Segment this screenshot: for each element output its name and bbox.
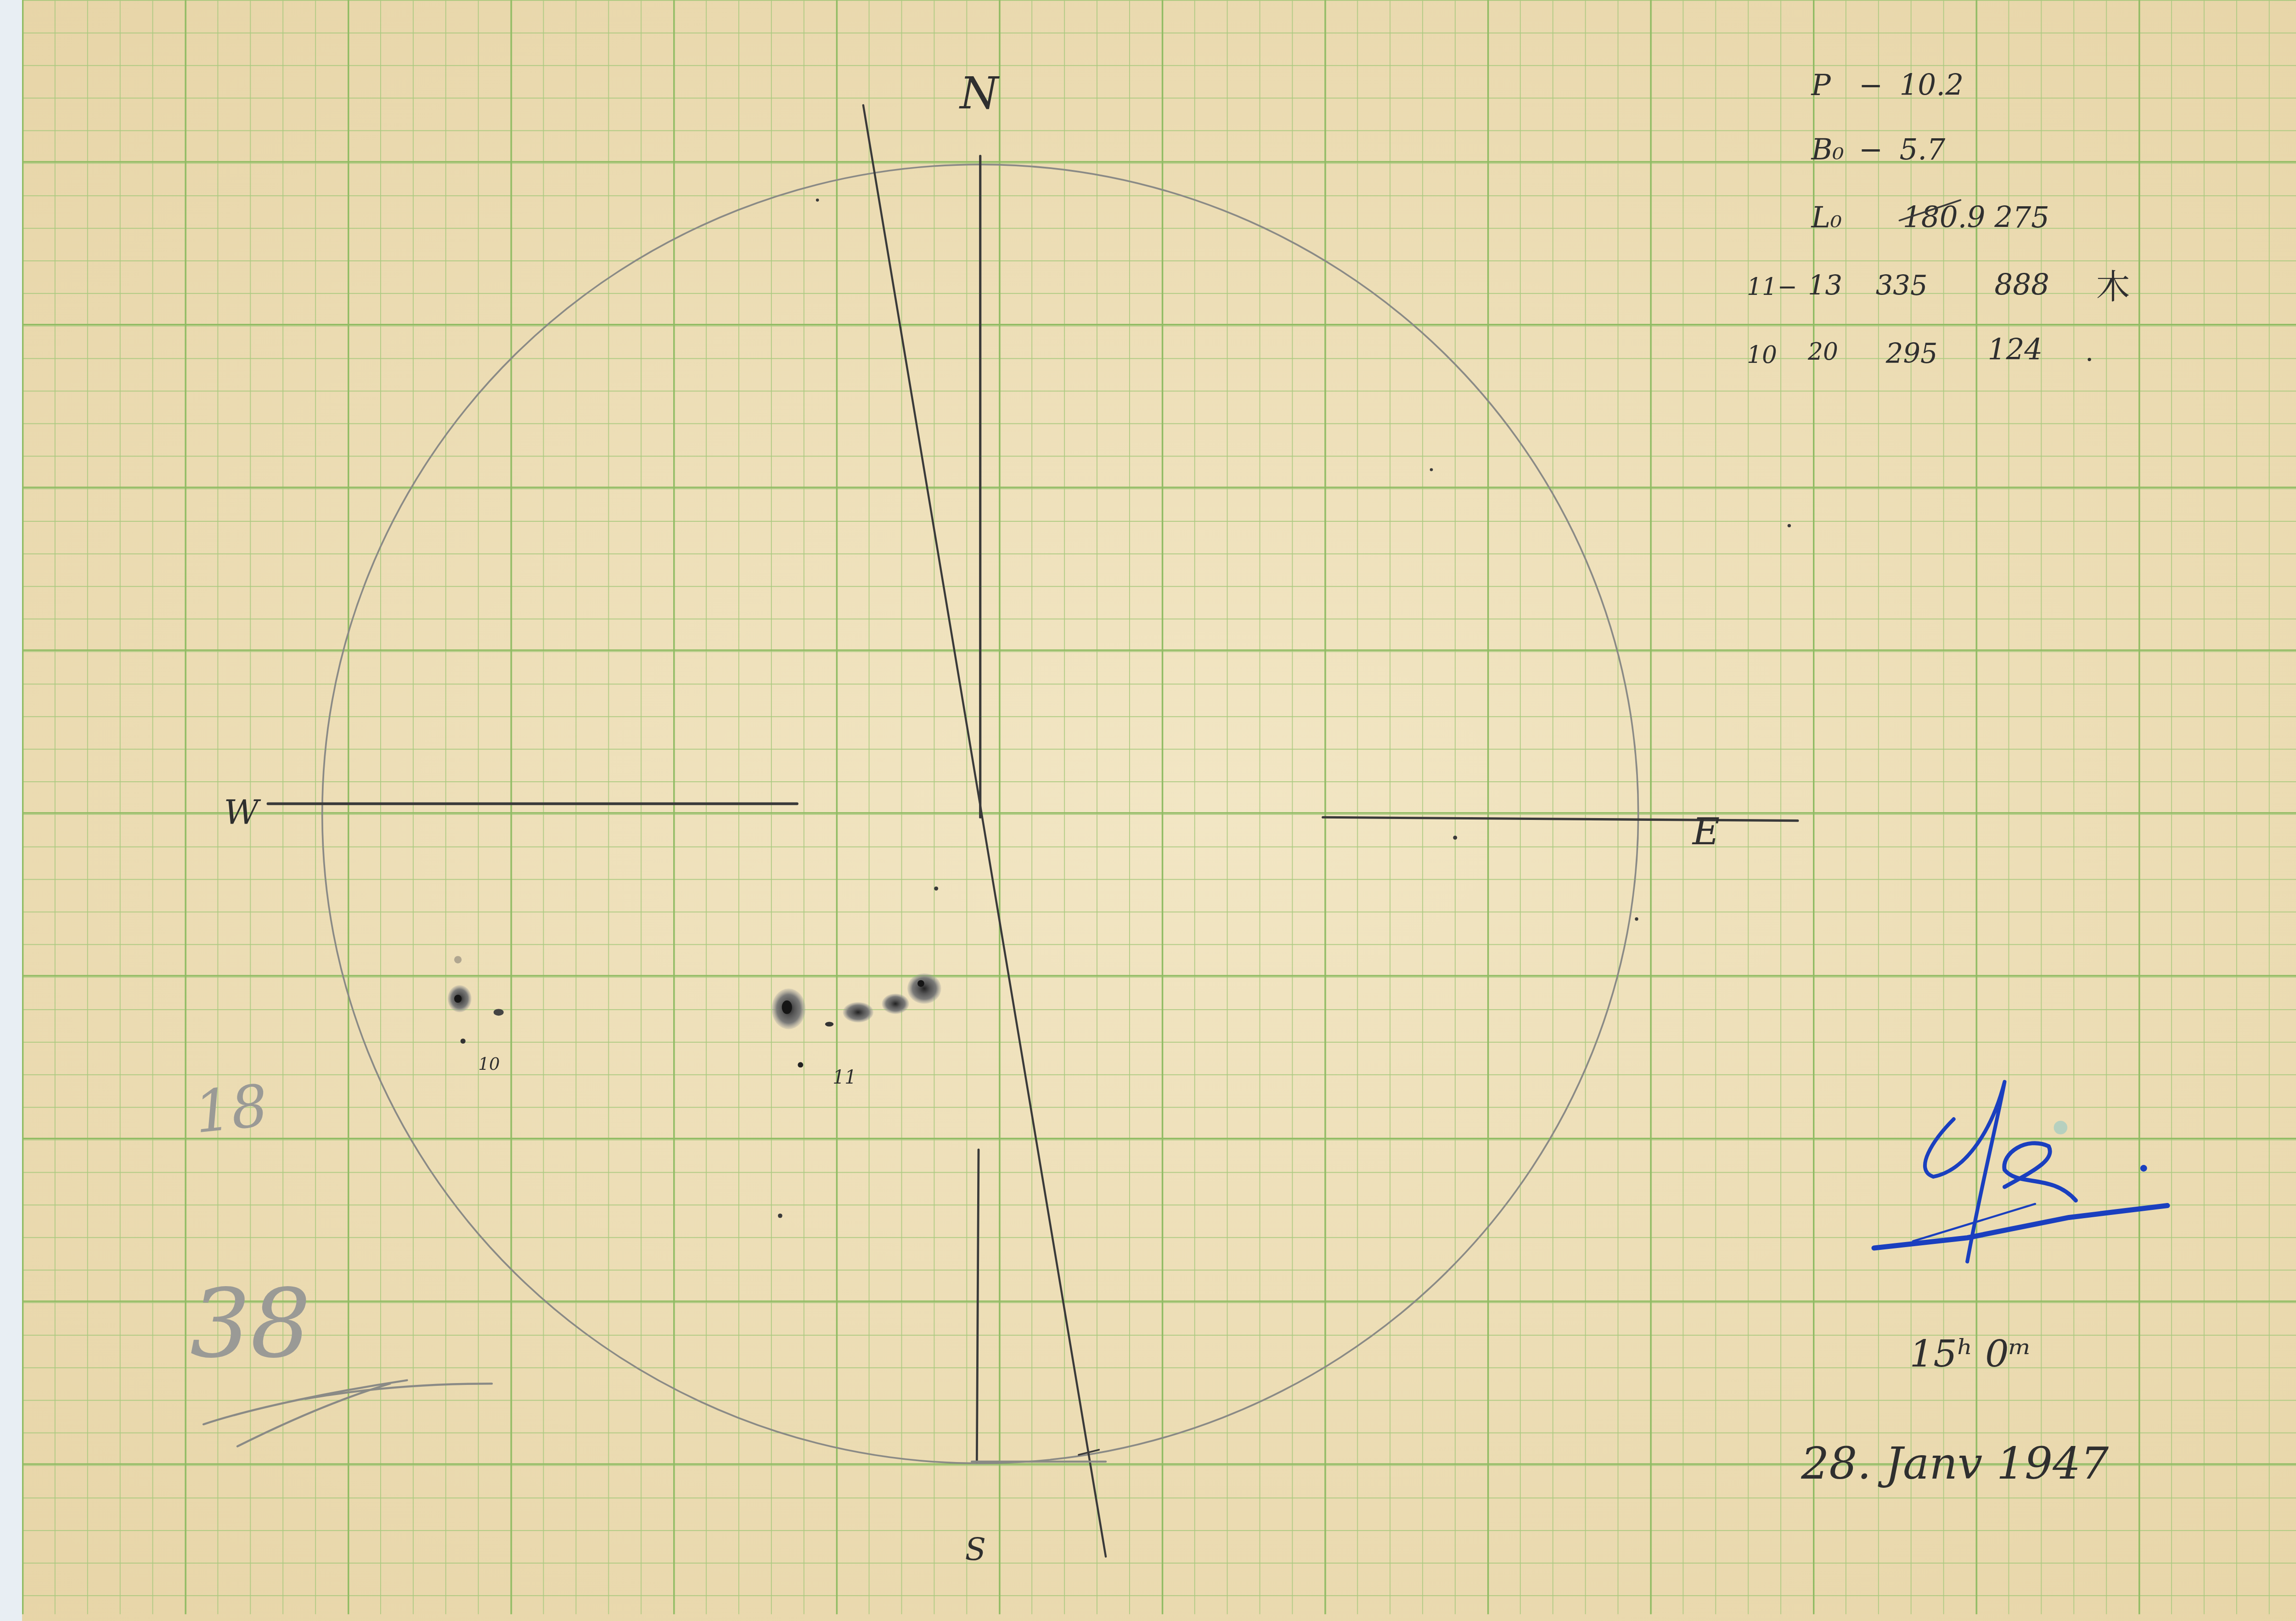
longitude: 335 bbox=[1876, 270, 1928, 301]
compass-north-label: N bbox=[959, 68, 1000, 119]
spot-count: 20 bbox=[1807, 338, 1838, 366]
area: 888 bbox=[1994, 268, 2049, 302]
margin-note-upper: 18 bbox=[191, 1072, 271, 1147]
longitude: 295 bbox=[1885, 338, 1938, 369]
row-separator: − bbox=[1778, 273, 1797, 301]
sunspot bbox=[494, 1009, 504, 1016]
ephemeris-separator: − bbox=[1859, 68, 1883, 102]
ink-blot bbox=[2054, 1121, 2068, 1135]
ephemeris-p-label: P bbox=[1811, 68, 1831, 102]
observation-time: 15ʰ 0ᵐ bbox=[1910, 1333, 2032, 1376]
sunspot bbox=[882, 994, 909, 1014]
observation-date: 28. Janv 1947 bbox=[1801, 1438, 2109, 1489]
spot-count: 13 bbox=[1808, 270, 1842, 301]
compass-south-label: S bbox=[965, 1531, 986, 1567]
sunspot-umbra bbox=[454, 994, 461, 1003]
compass-east-label: E bbox=[1692, 810, 1720, 853]
sunspot-umbra bbox=[782, 1000, 792, 1014]
sunspot-pore bbox=[798, 1062, 803, 1067]
note-kanji: 木 bbox=[2096, 267, 2130, 307]
group-number: 10 bbox=[1747, 341, 1777, 369]
ephemeris-separator: − bbox=[1859, 133, 1883, 166]
sunspot-drawing-sheet: N W E S 10 11 P − 10.2 B₀ − bbox=[0, 0, 2296, 1621]
sunspot bbox=[907, 973, 941, 1004]
sunspot-pore bbox=[825, 1022, 833, 1026]
sunspot-umbra bbox=[917, 980, 924, 987]
group-number: 11 bbox=[1747, 273, 1777, 301]
area: 124 bbox=[1987, 333, 2043, 367]
sunspot bbox=[843, 1002, 873, 1022]
ephemeris-p-value: 10.2 bbox=[1899, 68, 1964, 102]
ephemeris-b0-label: B₀ bbox=[1811, 133, 1844, 166]
signature-dot bbox=[2140, 1165, 2147, 1172]
ephemeris-b0-value: 5.7 bbox=[1899, 133, 1945, 166]
ephemeris-l0-value-2: 275 bbox=[1994, 201, 2049, 234]
group-label: 11 bbox=[833, 1066, 856, 1088]
faint-spot bbox=[454, 956, 461, 963]
group-label: 10 bbox=[478, 1054, 500, 1074]
margin-note-lower: 38 bbox=[190, 1268, 311, 1379]
dot-mark bbox=[2088, 358, 2091, 361]
compass-west-label: W bbox=[224, 793, 261, 832]
ephemeris-l0-label: L₀ bbox=[1811, 201, 1842, 234]
sunspot-pore bbox=[461, 1039, 466, 1044]
